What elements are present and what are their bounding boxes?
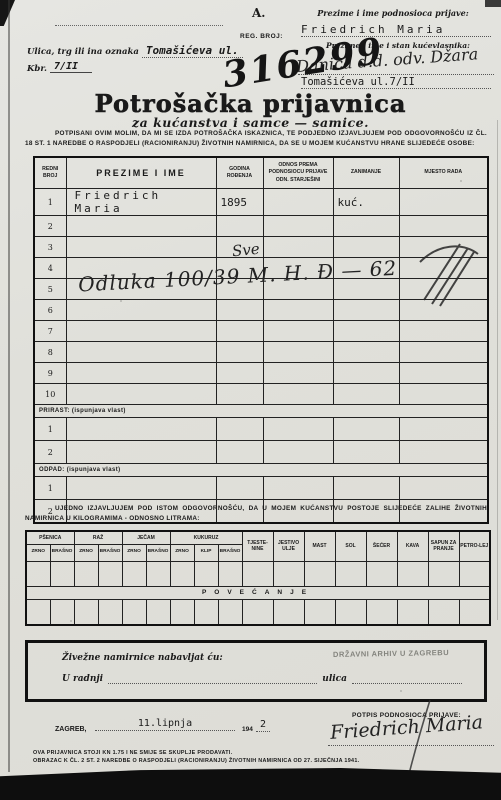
purchase-box: Živežne namirnice nabavljat ću: U radnji…	[25, 640, 487, 702]
street-label: Ulica, trg ili ina oznaka	[27, 47, 139, 57]
col-header-odnos: ODNOS PREMA PODNOSIOCU PRIJAVE ODN. STAR…	[263, 157, 333, 189]
person-relation	[263, 189, 333, 216]
sub-header: BRAŠNO	[218, 544, 242, 561]
supplies-empty-row	[26, 561, 490, 586]
sub-header: BRAŠNO	[50, 544, 74, 561]
col-header-psenica: PŠENICA	[26, 531, 74, 544]
street-label-2: ulica	[322, 674, 347, 684]
city-label: ZAGREB,	[55, 726, 87, 733]
blank-dotted-line	[55, 24, 223, 26]
persons-table: REDNI BROJ PREZIME I IME GODINA ROĐENJA …	[33, 156, 489, 524]
person-name: Friedrich Maria	[66, 189, 216, 216]
row-number: 2	[34, 216, 66, 237]
table-row: 1	[34, 418, 488, 441]
col-header-secer: ŠEĆER	[366, 531, 397, 561]
street-field: Ulica, trg ili ina oznaka Tomašićeva ul.	[27, 44, 243, 57]
sub-header: BRAŠNO	[146, 544, 170, 561]
purchase-line2: U radnji ulica	[62, 673, 462, 684]
col-header-sapun: SAPUN ZA PRANJE	[428, 531, 459, 561]
sub-header: KLIP	[194, 544, 218, 561]
row-number: 5	[34, 279, 66, 300]
fine-print-price: OVA PRIJAVNICA STOJI KN 1.75 I NE SMIJE …	[33, 750, 232, 756]
date-value: 11.lipnja	[95, 718, 235, 731]
table-row: 7	[34, 321, 488, 342]
row-number: 10	[34, 384, 66, 405]
row-number: 9	[34, 363, 66, 384]
form-subtitle: za kućanstva i samce — samice.	[0, 115, 501, 130]
col-header-redni-broj: REDNI BROJ	[34, 157, 66, 189]
person-occupation: kuć.	[333, 189, 399, 216]
row-number: 6	[34, 300, 66, 321]
kbr-value: 7/II	[50, 61, 92, 73]
shop-label: U radnji	[62, 674, 103, 684]
row-number: 3	[34, 237, 66, 258]
handwritten-note-sve: Sve	[231, 240, 260, 261]
table-row: 9	[34, 363, 488, 384]
row-number: 8	[34, 342, 66, 363]
col-header-raz: RAŽ	[74, 531, 122, 544]
supplies-empty-row	[26, 599, 490, 625]
supplies-group-header-row: PŠENICA RAŽ JEČAM KUKURUZ TJESTE-NINE JE…	[26, 531, 490, 544]
odpad-label: ODPAD: (ispunjava vlast)	[34, 464, 488, 477]
row-number: 7	[34, 321, 66, 342]
row-number: 2	[34, 441, 66, 464]
reg-number-label: REG. BROJ:	[240, 33, 283, 40]
col-header-mjesto-rada: MJESTO RADA	[399, 157, 488, 189]
col-header-sol: SOL	[335, 531, 366, 561]
sub-header: ZRNO	[26, 544, 50, 561]
scan-edge-line	[497, 120, 498, 620]
supplies-table: PŠENICA RAŽ JEČAM KUKURUZ TJESTE-NINE JE…	[25, 530, 491, 626]
signature-flourish	[330, 698, 500, 778]
purchase-line1: Živežne namirnice nabavljat ću:	[62, 653, 223, 663]
applicant-name-value: Friedrich Maria	[301, 23, 491, 37]
form-title: Potrošačka prijavnica	[0, 89, 501, 118]
col-header-prezime-ime: PREZIME I IME	[66, 157, 216, 189]
povecanje-label: POVEĆANJE	[26, 586, 490, 599]
person-workplace	[399, 189, 488, 216]
table-row: 8	[34, 342, 488, 363]
col-header-kava: KAVA	[397, 531, 428, 561]
table-row: 2	[34, 441, 488, 464]
sub-header: ZRNO	[122, 544, 146, 561]
scanned-form-page: A. REG. BROJ: Prezime i ime podnosioca p…	[0, 0, 501, 800]
year-printed: 194	[242, 726, 253, 733]
archive-stamp: DRŽAVNI ARHIV U ZAGREBU	[333, 648, 449, 659]
blank-dotted-line	[352, 673, 462, 684]
person-year: 1895	[216, 189, 263, 216]
supplies-declaration-text: UJEDNO IZJAVLJUJEM POD ISTOM ODGOVORNOŠĆ…	[25, 504, 487, 525]
col-header-godina: GODINA ROĐENJA	[216, 157, 263, 189]
col-header-zanimanje: ZANIMANJE	[333, 157, 399, 189]
house-number-field: Kbr. 7/II	[27, 63, 92, 74]
prirast-band-row: PRIRAST: (ispunjava vlast)	[34, 405, 488, 418]
persons-header-row: REDNI BROJ PREZIME I IME GODINA ROĐENJA …	[34, 157, 488, 189]
povecanje-band-row: POVEĆANJE	[26, 586, 490, 599]
declaration-text: POTPISANI OVIM MOLIM, DA MI SE IZDA POTR…	[25, 129, 487, 150]
table-row: 1	[34, 477, 488, 500]
fine-print-regulation: OBRAZAC K ČL. 2 ST. 2 NAREDBE O RASPODJE…	[33, 758, 359, 764]
section-letter: A.	[252, 6, 266, 20]
blank-dotted-line	[108, 673, 317, 684]
handwriting-flourish	[418, 238, 480, 310]
row-number: 1	[34, 418, 66, 441]
col-header-jecam: JEČAM	[122, 531, 170, 544]
row-number: 4	[34, 258, 66, 279]
row-number: 1	[34, 189, 66, 216]
table-row: 10	[34, 384, 488, 405]
row-number: 1	[34, 477, 66, 500]
sub-header: ZRNO	[74, 544, 98, 561]
col-header-mast: MAST	[304, 531, 335, 561]
col-header-tjestenine: TJESTE-NINE	[242, 531, 273, 561]
col-header-kukuruz: KUKURUZ	[170, 531, 242, 544]
kbr-label: Kbr.	[27, 64, 47, 74]
col-header-jestivo-ulje: JESTIVO ULJE	[273, 531, 304, 561]
prirast-label: PRIRAST: (ispunjava vlast)	[34, 405, 488, 418]
scan-corner-mark	[485, 0, 501, 7]
table-row: 2	[34, 216, 488, 237]
table-row: 1 Friedrich Maria 1895 kuć.	[34, 189, 488, 216]
applicant-name-label: Prezime i ime podnosioca prijave:	[295, 8, 491, 18]
sub-header: ZRNO	[170, 544, 194, 561]
year-typed: 2	[256, 719, 270, 732]
sub-header: BRAŠNO	[98, 544, 122, 561]
odpad-band-row: ODPAD: (ispunjava vlast)	[34, 464, 488, 477]
col-header-petrolej: PETRO-LEJ	[459, 531, 490, 561]
scan-bottom-edge	[0, 766, 501, 800]
